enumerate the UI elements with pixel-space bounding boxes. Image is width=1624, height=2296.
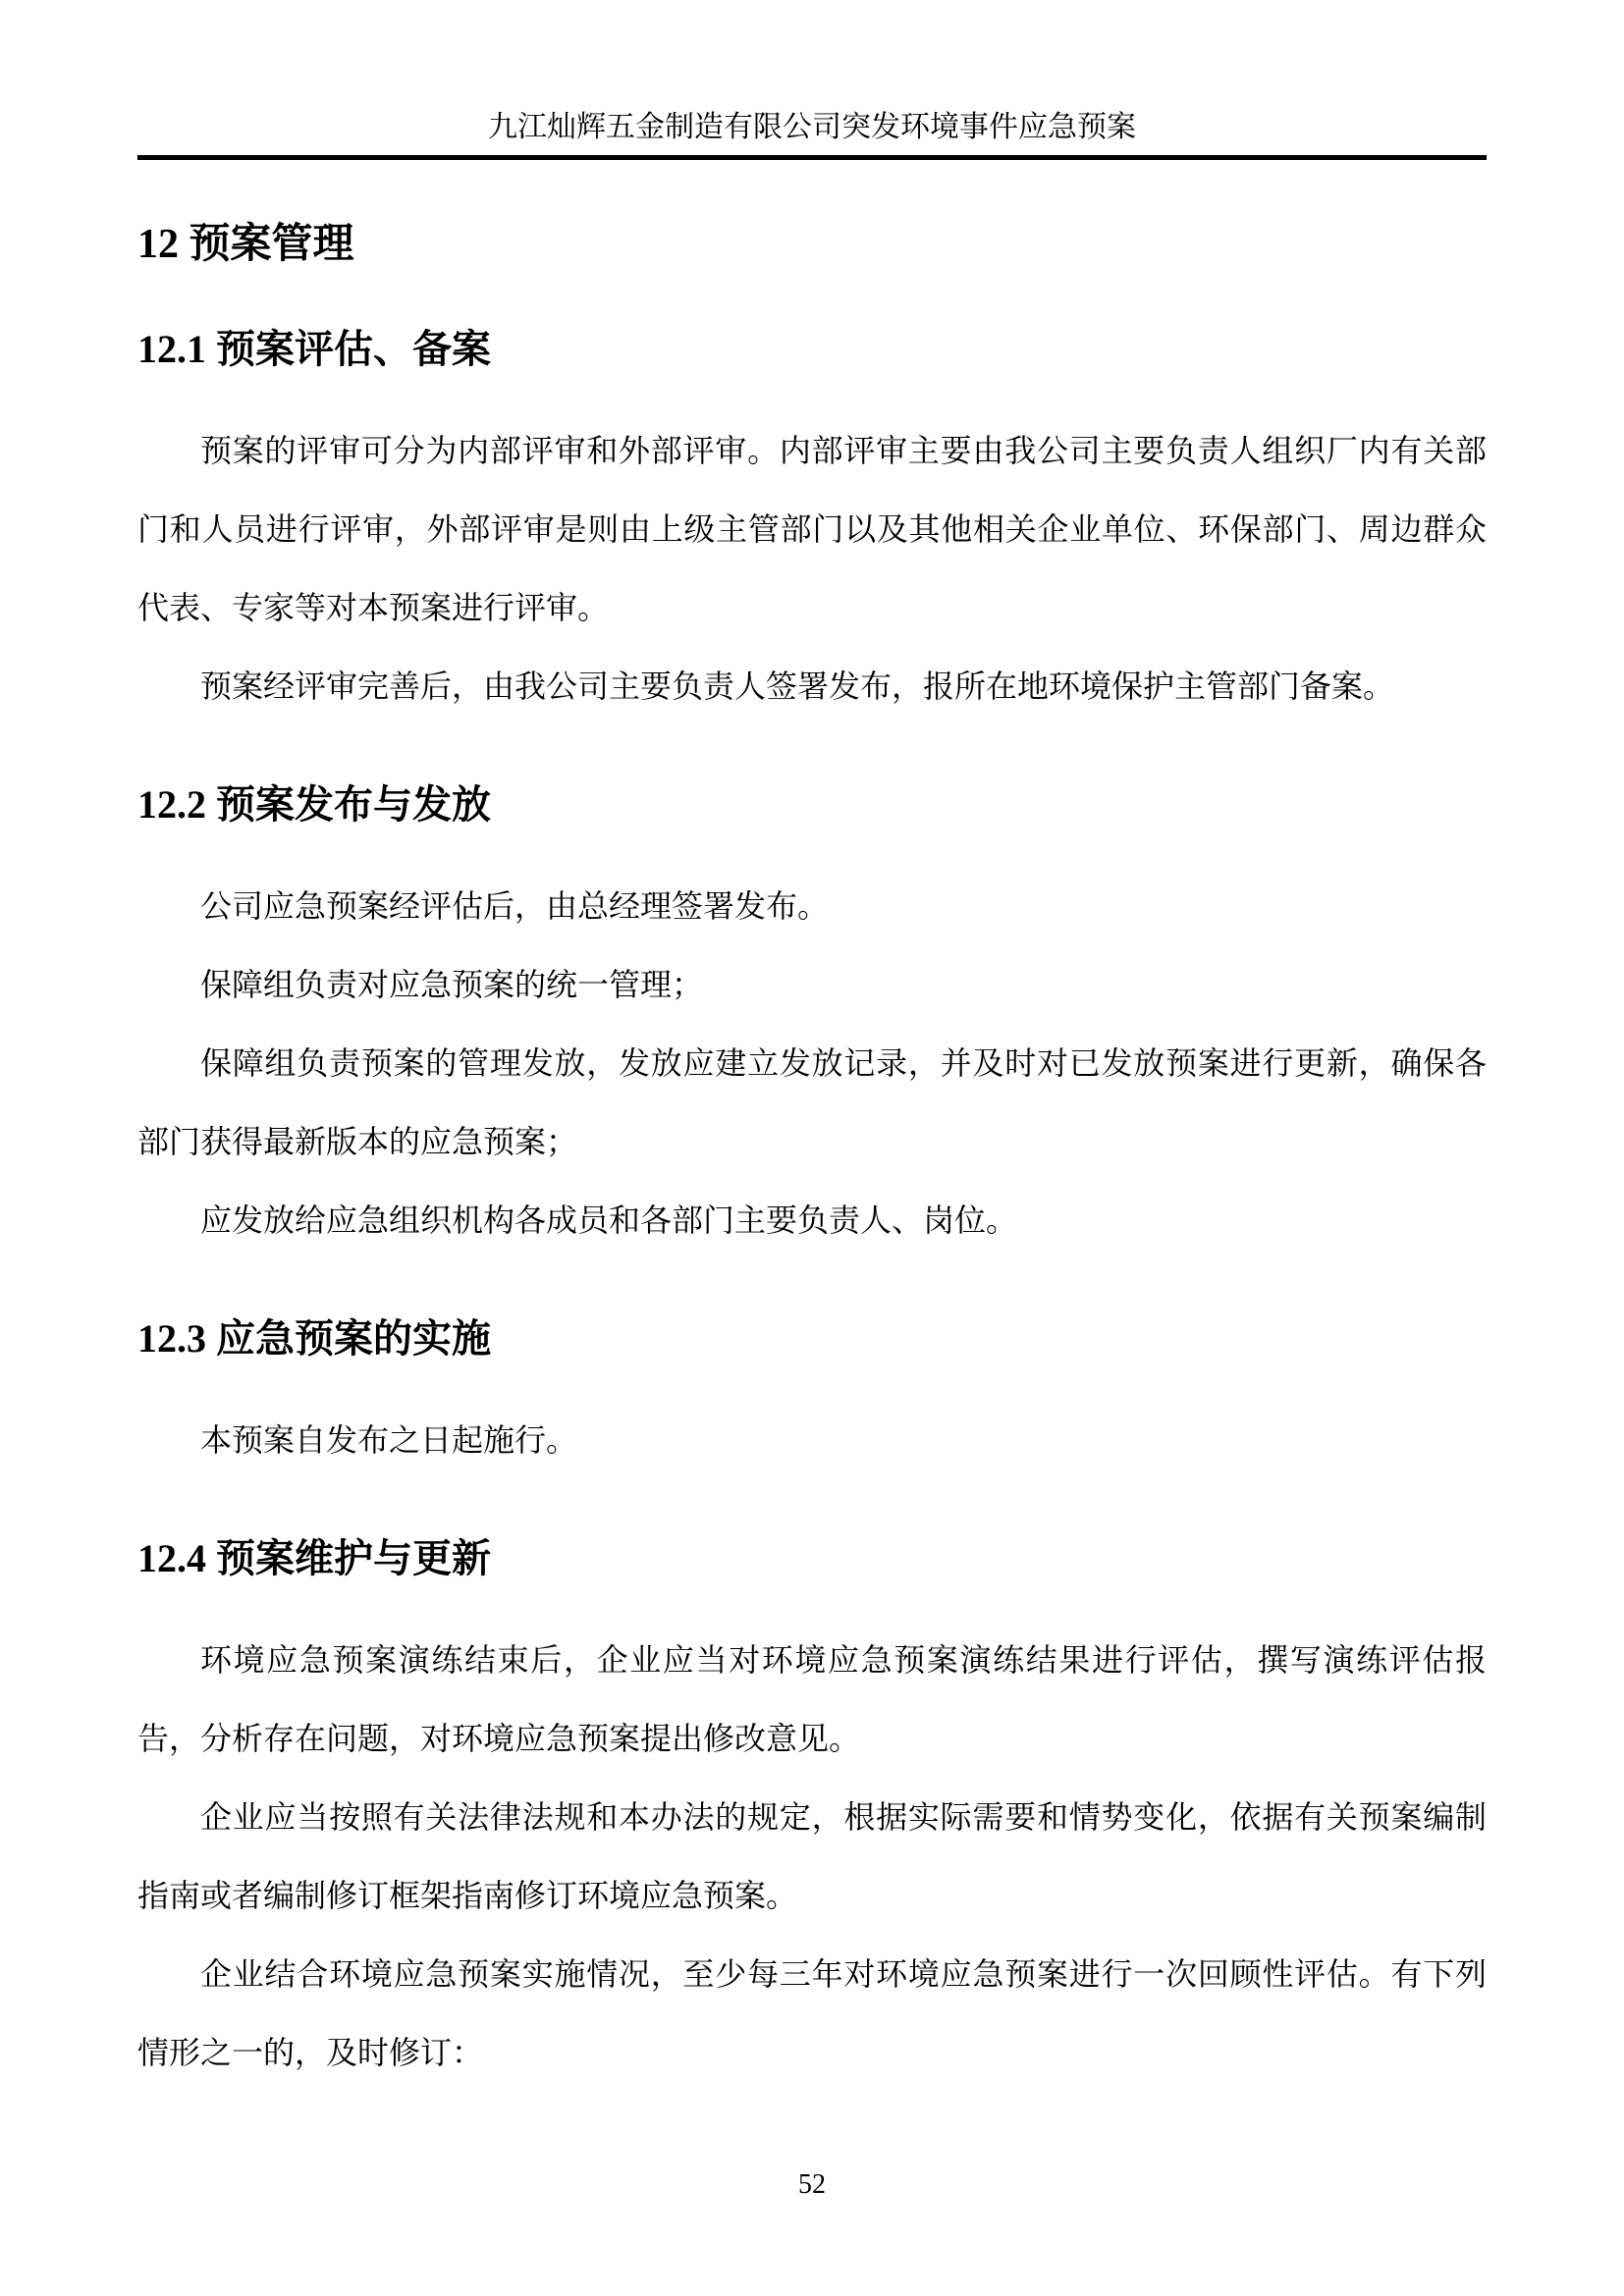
section-title: 12.4 预案维护与更新	[137, 1534, 1487, 1583]
paragraph: 环境应急预案演练结束后，企业应当对环境应急预案演练结果进行评估，撰写演练评估报告…	[137, 1621, 1487, 1778]
section-body: 本预案自发布之日起施行。	[137, 1401, 1487, 1479]
section-title: 12.3 应急预案的实施	[137, 1314, 1487, 1363]
paragraph: 保障组负责预案的管理发放，发放应建立发放记录，并及时对已发放预案进行更新，确保各…	[137, 1024, 1487, 1181]
section-body: 预案的评审可分为内部评审和外部评审。内部评审主要由我公司主要负责人组织厂内有关部…	[137, 411, 1487, 725]
paragraph: 预案经评审完善后，由我公司主要负责人签署发布，报所在地环境保护主管部门备案。	[137, 647, 1487, 725]
page-number: 52	[0, 2167, 1624, 2203]
section-12-2: 12.2 预案发布与发放 公司应急预案经评估后，由总经理签署发布。 保障组负责对…	[137, 780, 1487, 1259]
section-body: 环境应急预案演练结束后，企业应当对环境应急预案演练结果进行评估，撰写演练评估报告…	[137, 1621, 1487, 2092]
section-12-3: 12.3 应急预案的实施 本预案自发布之日起施行。	[137, 1314, 1487, 1479]
paragraph: 本预案自发布之日起施行。	[137, 1401, 1487, 1479]
section-12-4: 12.4 预案维护与更新 环境应急预案演练结束后，企业应当对环境应急预案演练结果…	[137, 1534, 1487, 2092]
document-page: 九江灿辉五金制造有限公司突发环境事件应急预案 12 预案管理 12.1 预案评估…	[0, 0, 1624, 2296]
chapter-title: 12 预案管理	[137, 219, 1487, 270]
paragraph: 公司应急预案经评估后，由总经理签署发布。	[137, 867, 1487, 945]
paragraph: 应发放给应急组织机构各成员和各部门主要负责人、岗位。	[137, 1181, 1487, 1259]
header-divider	[137, 155, 1487, 160]
section-12-1: 12.1 预案评估、备案 预案的评审可分为内部评审和外部评审。内部评审主要由我公…	[137, 325, 1487, 725]
section-title: 12.1 预案评估、备案	[137, 325, 1487, 374]
section-title: 12.2 预案发布与发放	[137, 780, 1487, 829]
paragraph: 企业应当按照有关法律法规和本办法的规定，根据实际需要和情势变化，依据有关预案编制…	[137, 1778, 1487, 1935]
section-body: 公司应急预案经评估后，由总经理签署发布。 保障组负责对应急预案的统一管理； 保障…	[137, 867, 1487, 1259]
page-header-title: 九江灿辉五金制造有限公司突发环境事件应急预案	[137, 110, 1487, 145]
paragraph: 保障组负责对应急预案的统一管理；	[137, 945, 1487, 1024]
paragraph: 企业结合环境应急预案实施情况，至少每三年对环境应急预案进行一次回顾性评估。有下列…	[137, 1935, 1487, 2092]
paragraph: 预案的评审可分为内部评审和外部评审。内部评审主要由我公司主要负责人组织厂内有关部…	[137, 411, 1487, 647]
